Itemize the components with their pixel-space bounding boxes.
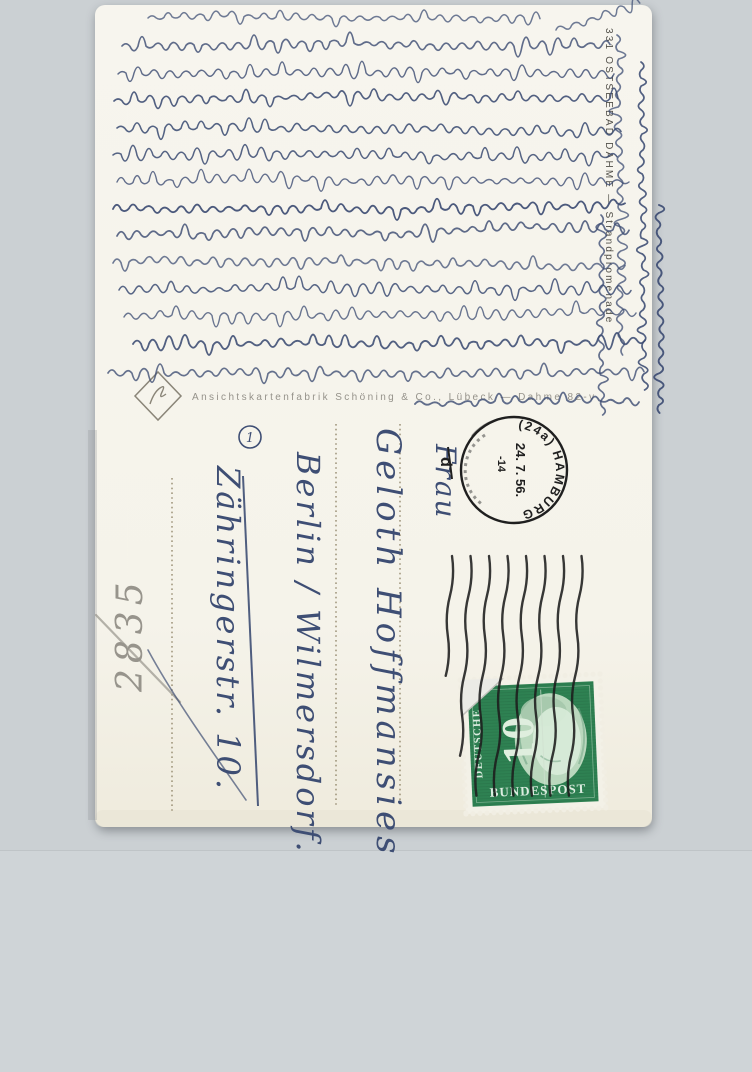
postcard-scan: Ansichtskartenfabrik Schöning & Co., Lüb…	[0, 0, 752, 1072]
scanned-postcard-image: { "palette": { "page_background": "#cbd0…	[0, 0, 752, 1072]
postmark-index-letter: d	[437, 457, 454, 467]
margin-note-line	[654, 205, 664, 413]
address-street: Zähringerstr. 10.	[209, 465, 247, 792]
address-title: Frau	[429, 443, 462, 520]
postal-district-number: 1	[246, 431, 254, 446]
postcard-left-edge-shadow	[88, 430, 97, 820]
address-city: Berlin / Wilmersdorf.	[289, 451, 327, 855]
address-name: Geloth Hoffmansies	[368, 428, 408, 859]
postmark-date: 24. 7. 56.	[513, 443, 528, 497]
postmark-hour: -14	[495, 456, 507, 473]
background-lower-band	[0, 851, 752, 1072]
postcard: Ansichtskartenfabrik Schöning & Co., Lüb…	[88, 0, 664, 859]
